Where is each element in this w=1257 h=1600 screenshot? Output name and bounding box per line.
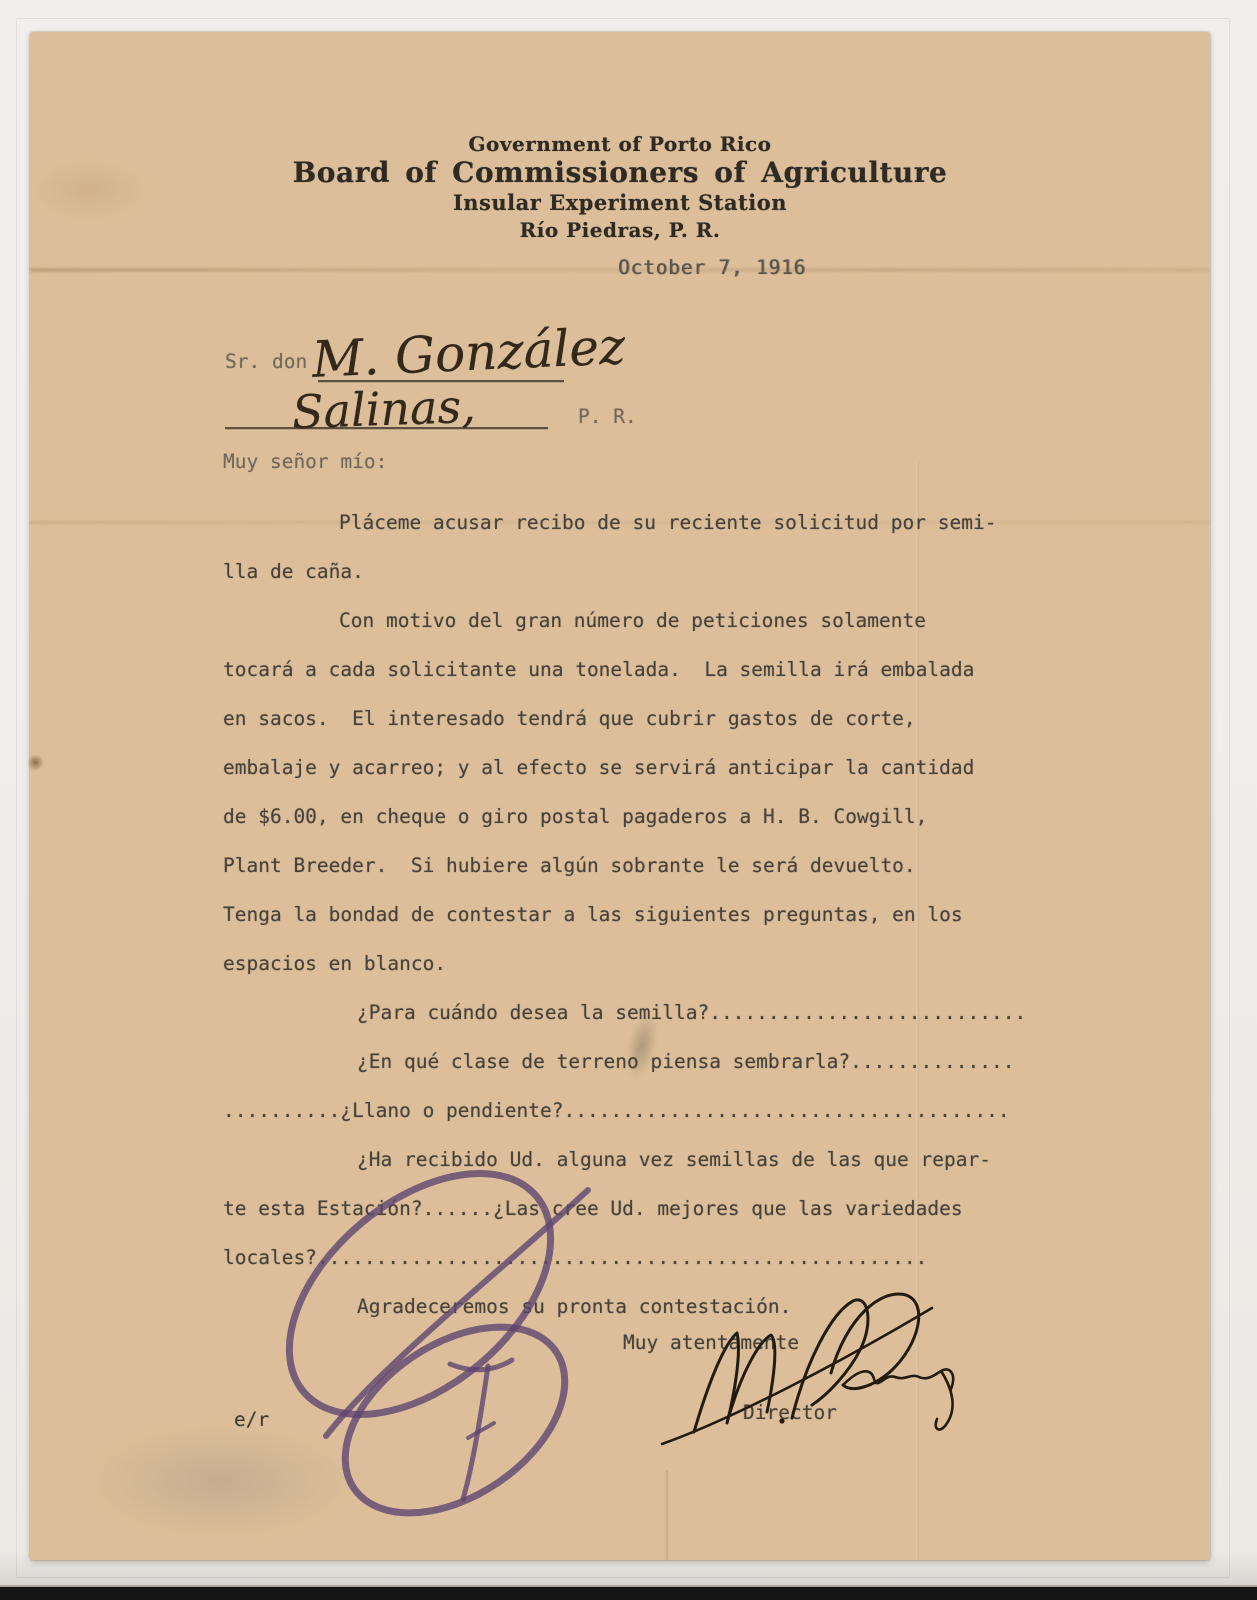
question-line: ¿Para cuándo desea la semilla?..........… (223, 988, 1183, 1037)
stain (85, 1424, 355, 1539)
typist-initials: e/r (234, 1408, 269, 1431)
date-line: October 7, 1916 (618, 256, 806, 279)
letterhead-location: Río Piedras, P. R. (30, 218, 1210, 242)
body-line: embalaje y acarreo; y al efecto se servi… (223, 743, 1183, 792)
question-line: ..........¿Llano o pendiente?...........… (223, 1086, 1183, 1135)
salutation: Muy señor mío: (223, 450, 387, 473)
letterhead-board: Board of Commissioners of Agriculture (30, 156, 1210, 189)
question-line: te esta Estación?......¿Las cree Ud. mej… (223, 1184, 1183, 1233)
body-line: Con motivo del gran número de peticiones… (223, 596, 1183, 645)
question-line: ¿Ha recibido Ud. alguna vez semillas de … (223, 1135, 1183, 1184)
signer-title: Director (743, 1401, 837, 1424)
body-line: tocará a cada solicitante una tonelada. … (223, 645, 1183, 694)
framed-letter-photo: Government of Porto Rico Board of Commis… (0, 0, 1257, 1600)
closing-thanks: Agradeceremos su pronta contestación. (223, 1282, 1183, 1331)
recipient-prefix: Sr. don (225, 350, 307, 373)
letterhead-station: Insular Experiment Station (30, 190, 1210, 215)
crease-line (666, 1470, 668, 1560)
body-line: Plant Breeder. Si hubiere algún sobrante… (223, 841, 1183, 890)
letter-paper: Government of Porto Rico Board of Commis… (30, 32, 1210, 1560)
valediction: Muy atentamente (623, 1331, 799, 1354)
body-line: de $6.00, en cheque o giro postal pagade… (223, 792, 1183, 841)
body-line: lla de caña. (223, 547, 1183, 596)
body-line: en sacos. El interesado tendrá que cubri… (223, 694, 1183, 743)
question-line: ¿En qué clase de terreno piensa sembrarl… (223, 1037, 1183, 1086)
body-line: Tenga la bondad de contestar a las sigui… (223, 890, 1183, 939)
question-line: locales?................................… (223, 1233, 1183, 1282)
letterhead-government: Government of Porto Rico (30, 132, 1210, 156)
recipient-city-handwritten: Salinas, (291, 379, 476, 439)
stain (27, 754, 44, 771)
recipient-region: P. R. (578, 405, 637, 428)
photo-bottom-edge (0, 1587, 1257, 1600)
body-line: espacios en blanco. (223, 939, 1183, 988)
body-line: Pláceme acusar recibo de su reciente sol… (223, 498, 1183, 547)
letter-body: Pláceme acusar recibo de su reciente sol… (223, 498, 1183, 1331)
